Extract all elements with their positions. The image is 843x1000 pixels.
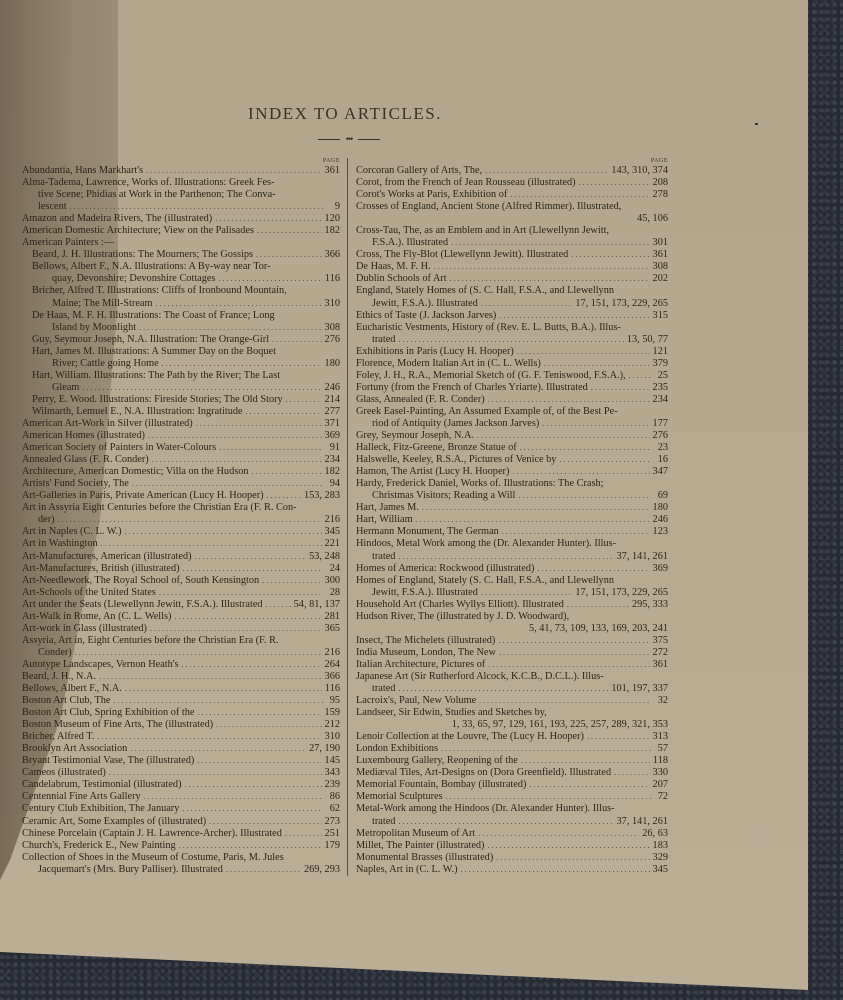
entry-title: Metropolitan Museum of Art (356, 828, 475, 840)
entry-line: Conder)216 (22, 647, 340, 659)
entry-line: riod of Antiquity (James Jackson Jarves)… (356, 418, 668, 430)
dot-leader (485, 165, 608, 177)
entry-title: Bricher, Alfred T. (22, 731, 94, 743)
entry-line: Lacroix's, Paul, New Volume32 (356, 695, 668, 707)
entry-title: Art under the Seats (Llewellynn Jewitt, … (22, 599, 263, 611)
entry-line: Art-Galleries in Paris, Private American… (22, 490, 340, 502)
dot-leader (477, 430, 650, 442)
entry-line: trated37, 141, 261 (356, 551, 668, 563)
entry-line: Brooklyn Art Association27, 190 (22, 743, 340, 755)
index-entry: Luxembourg Gallery, Reopening of the118 (356, 755, 668, 767)
entry-page-number: 235 (653, 382, 668, 394)
entry-page-number: 27, 190 (309, 743, 340, 755)
entry-title: India Museum, London, The New (356, 647, 496, 659)
entry-page-number: 57 (654, 743, 668, 755)
entry-title: Art in Naples (C. L. W.) (22, 526, 122, 538)
entry-title: Boston Museum of Fine Arts, The (illustr… (22, 719, 213, 731)
entry-line: 5, 41, 73, 109, 133, 169, 203, 241 (356, 623, 668, 635)
entry-line: Metropolitan Museum of Art26, 63 (356, 828, 668, 840)
entry-page-number: 216 (325, 647, 340, 659)
column-divider (347, 158, 348, 876)
entry-title: Hamon, The Artist (Lucy H. Hooper) (356, 466, 509, 478)
entry-title: De Haas, M. F. H. Illustrations: The Coa… (32, 310, 275, 322)
entry-title: Dublin Schools of Art (356, 273, 447, 285)
entry-line: Cross, The Fly-Blot (Llewellynn Jewitt).… (356, 249, 668, 261)
entry-page-number: 180 (653, 502, 668, 514)
dot-leader (174, 611, 321, 623)
entry-line: Household Art (Charles Wyllys Elliott). … (356, 599, 668, 611)
dot-leader (434, 261, 650, 273)
index-entry: Glass, Annealed (F. R. Conder)234 (356, 394, 668, 406)
index-entry: Hart, James M. Illustrations: A Summer D… (22, 346, 340, 370)
index-entry: Bricher, Alfred T.310 (22, 731, 340, 743)
entry-title: Art-Manufactures, American (illustrated) (22, 551, 192, 563)
entry-title: Lacroix's, Paul, New Volume (356, 695, 476, 707)
entry-page-number: 159 (325, 707, 340, 719)
entry-title: trated (372, 551, 395, 563)
entry-page-number: 308 (325, 322, 340, 334)
dot-leader (257, 225, 322, 237)
entry-line: Art in Assyria Eight Centuries before th… (22, 502, 340, 514)
dot-leader (488, 394, 650, 406)
index-entry: Lacroix's, Paul, New Volume32 (356, 695, 668, 707)
entry-title: Assyria, Art in, Eight Centuries before … (22, 635, 279, 647)
entry-title: Century Club Exhibition, The January (22, 803, 179, 815)
dot-leader (591, 382, 650, 394)
dot-leader (219, 442, 323, 454)
entry-line: De Haas, M. F. H.308 (356, 261, 668, 273)
entry-title: Art in Assyria Eight Centuries before th… (22, 502, 297, 514)
entry-page-number: 281 (325, 611, 340, 623)
entry-title: Hart, James M. Illustrations: A Summer D… (32, 346, 276, 358)
index-entry: Florence, Modern Italian Art in (C. L. W… (356, 358, 668, 370)
index-entry: Fortuny (from the French of Charles Yria… (356, 382, 668, 394)
entry-page-number: 239 (325, 779, 340, 791)
dot-leader (125, 526, 322, 538)
entry-line: Boston Art Club, Spring Exhibition of th… (22, 707, 340, 719)
entry-page-number: 369 (325, 430, 340, 442)
entry-title: Autotype Landscapes, Vernon Heath's (22, 659, 179, 671)
dot-leader (398, 683, 608, 695)
dot-leader (99, 671, 321, 683)
dot-leader (155, 298, 321, 310)
entry-page-number: 371 (325, 418, 340, 430)
entry-title: Collection of Shoes in the Museum of Cos… (22, 852, 284, 864)
index-entry: Annealed Glass (F. R. Conder)234 (22, 454, 340, 466)
index-entry: Italian Architecture, Pictures of361 (356, 659, 668, 671)
index-entry: Wilmarth, Lemuel E., N.A. Illustration: … (22, 406, 340, 418)
entry-page-number: 17, 151, 173, 229, 265 (575, 587, 668, 599)
entry-line: Homes of England, Stately (S. C. Hall, F… (356, 575, 668, 587)
entry-line: Wilmarth, Lemuel E., N.A. Illustration: … (22, 406, 340, 418)
entry-page-number: 13, 50, 77 (627, 334, 668, 346)
index-entry: Bricher, Alfred T. Illustrations: Cliffs… (22, 285, 340, 309)
entry-line: Alma-Tadema, Lawrence, Works of. Illustr… (22, 177, 340, 189)
entry-page-number: 276 (325, 334, 340, 346)
entry-line: Naples, Art in (C. L. W.)345 (356, 864, 668, 876)
index-entry: Architecture, American Domestic; Villa o… (22, 466, 340, 478)
entry-page-number: 145 (325, 755, 340, 767)
entry-page-number: 120 (325, 213, 340, 225)
entry-title: Homes of England, Stately (S. C. Hall, F… (356, 575, 614, 587)
entry-title: F.S.A.). Illustrated (372, 237, 448, 249)
index-entry: Art-Manufactures, British (illustrated)2… (22, 563, 340, 575)
index-entry: Art-Needlework, The Royal School of, Sou… (22, 575, 340, 587)
entry-line: Jewitt, F.S.A.). Illustrated17, 151, 173… (356, 587, 668, 599)
dot-leader (478, 828, 639, 840)
entry-line: trated101, 197, 337 (356, 683, 668, 695)
entry-title: Artists' Fund Society, The (22, 478, 129, 490)
entry-page-number: 361 (325, 165, 340, 177)
entry-line: Halleck, Fitz-Greene, Bronze Statue of23 (356, 442, 668, 454)
index-entry: Centennial Fine Arts Gallery86 (22, 791, 340, 803)
entry-title: Hart, William (356, 514, 413, 526)
entry-title: Hudson River, The (illustrated by J. D. … (356, 611, 569, 623)
entry-page-number: 182 (325, 466, 340, 478)
entry-line: Hart, James M.180 (356, 502, 668, 514)
dot-leader (218, 273, 321, 285)
entry-title: Metal-Work among the Hindoos (Dr. Alexan… (356, 803, 615, 815)
entry-line: Art-Manufactures, American (illustrated)… (22, 551, 340, 563)
dot-leader (285, 828, 322, 840)
entry-page-number: 95 (326, 695, 340, 707)
dot-leader (510, 189, 649, 201)
entry-page-number: 246 (653, 514, 668, 526)
index-entry: Perry, E. Wood. Illustrations: Fireside … (22, 394, 340, 406)
entry-title: trated (372, 334, 395, 346)
entry-page-number: 153, 283 (304, 490, 340, 502)
left-index-column: PAGE Abundantia, Hans Markhart's361Alma-… (22, 157, 340, 876)
entry-page-number: 278 (653, 189, 668, 201)
entry-page-number: 216 (325, 514, 340, 526)
entry-title: Corot's Works at Paris, Exhibition of (356, 189, 507, 201)
index-entry: American Society of Painters in Water-Co… (22, 442, 340, 454)
entry-title: Monumental Brasses (illustrated) (356, 852, 493, 864)
index-entry: Art-Galleries in Paris, Private American… (22, 490, 340, 502)
entry-line: Hardy, Frederick Daniel, Works of. Illus… (356, 478, 668, 490)
entry-title: Art-work in Glass (illustrated) (22, 623, 147, 635)
index-entry: Lenoir Collection at the Louvre, The (Lu… (356, 731, 668, 743)
dot-leader (517, 346, 650, 358)
entry-title: Eucharistic Vestments, History of (Rev. … (356, 322, 621, 334)
entry-line: Hart, James M. Illustrations: A Summer D… (22, 346, 340, 358)
dot-leader (162, 358, 322, 370)
entry-title: American Homes (illustrated) (22, 430, 145, 442)
index-entry: Dublin Schools of Art202 (356, 273, 668, 285)
index-entry: Hart, James M.180 (356, 502, 668, 514)
index-entry: Halleck, Fitz-Greene, Bronze Statue of23 (356, 442, 668, 454)
entry-page-number: 23 (654, 442, 668, 454)
entry-title: Guy, Seymour Joseph, N.A. Illustration: … (32, 334, 269, 346)
index-entry: American Painters :— (22, 237, 340, 249)
entry-page-number: 251 (325, 828, 340, 840)
entry-page-number: 234 (325, 454, 340, 466)
entry-title: Hart, James M. (356, 502, 419, 514)
entry-line: Metal-Work among the Hindoos (Dr. Alexan… (356, 803, 668, 815)
entry-page-number: 9 (326, 201, 340, 213)
entry-line: Art-Manufactures, British (illustrated)2… (22, 563, 340, 575)
entry-title: Bellows, Albert F., N.A. (22, 683, 122, 695)
dot-leader (499, 647, 650, 659)
index-entry: Japanese Art (Sir Rutherford Alcock, K.C… (356, 671, 668, 695)
entry-line: Artists' Fund Society, The94 (22, 478, 340, 490)
entry-line: Grey, Seymour Joseph, N.A.276 (356, 430, 668, 442)
entry-line: Dublin Schools of Art202 (356, 273, 668, 285)
entry-page-number: 347 (653, 466, 668, 478)
dot-leader (195, 551, 307, 563)
entry-page-number: 101, 197, 337 (611, 683, 668, 695)
entry-page-number: 116 (325, 273, 340, 285)
index-entry: Corot's Works at Paris, Exhibition of278 (356, 189, 668, 201)
entry-page-number: 300 (325, 575, 340, 587)
dot-leader (520, 442, 651, 454)
index-entry: Memorial Sculptures72 (356, 791, 668, 803)
entry-title: Island by Moonlight (52, 322, 136, 334)
entry-page-number: 177 (653, 418, 668, 430)
index-entry: Art-work in Glass (illustrated)365 (22, 623, 340, 635)
dot-leader (398, 816, 613, 828)
index-entry: Collection of Shoes in the Museum of Cos… (22, 852, 340, 876)
entry-line: Amazon and Madeira Rivers, The (illustra… (22, 213, 340, 225)
index-entry: Hamon, The Artist (Lucy H. Hooper)347 (356, 466, 668, 478)
index-entry: Metropolitan Museum of Art26, 63 (356, 828, 668, 840)
entry-page-number: 94 (326, 478, 340, 490)
dot-leader (216, 719, 321, 731)
entry-title: England, Stately Homes of (S. C. Hall, F… (356, 285, 614, 297)
entry-line: Memorial Sculptures72 (356, 791, 668, 803)
entry-line: Florence, Modern Italian Art in (C. L. W… (356, 358, 668, 370)
dot-leader (58, 514, 322, 526)
entry-line: Hindoos, Metal Work among the (Dr. Alexa… (356, 538, 668, 550)
entry-line: Jacquemart's (Mrs. Bury Palliser). Illus… (22, 864, 340, 876)
entry-page-number: 212 (325, 719, 340, 731)
index-entry: Century Club Exhibition, The January62 (22, 803, 340, 815)
index-entry: Grey, Seymour Joseph, N.A.276 (356, 430, 668, 442)
dot-leader (502, 526, 650, 538)
entry-title: Glass, Annealed (F. R. Conder) (356, 394, 485, 406)
dot-leader (209, 816, 321, 828)
entry-title: Maine; The Mill-Stream (52, 298, 152, 310)
entry-line: Century Club Exhibition, The January62 (22, 803, 340, 815)
entry-page-number: 143, 310, 374 (611, 165, 668, 177)
entry-line: Island by Moonlight308 (22, 322, 340, 334)
index-entry: American Art-Work in Silver (illustrated… (22, 418, 340, 430)
entry-title: Fortuny (from the French of Charles Yria… (356, 382, 588, 394)
entry-page-number: 183 (653, 840, 668, 852)
dot-leader (152, 454, 322, 466)
index-entry: Hardy, Frederick Daniel, Works of. Illus… (356, 478, 668, 502)
entry-page-number: 123 (653, 526, 668, 538)
entry-title: riod of Antiquity (James Jackson Jarves) (372, 418, 539, 430)
index-entry: Art-Manufactures, American (illustrated)… (22, 551, 340, 563)
ornament-rule-left (318, 139, 340, 140)
entry-title: Hart, William. Illustrations: The Path b… (32, 370, 280, 382)
index-entry: Household Art (Charles Wyllys Elliott). … (356, 599, 668, 611)
entry-title: Bellows, Albert F., N.A. Illustrations: … (32, 261, 271, 273)
entry-page-number: 69 (654, 490, 668, 502)
dot-leader (537, 563, 649, 575)
entry-page-number: 16 (654, 454, 668, 466)
index-entry: Cameos (illustrated)343 (22, 767, 340, 779)
entry-line: River; Cattle going Home180 (22, 358, 340, 370)
entry-title: Art-Walk in Rome, An (C. L. Wells) (22, 611, 171, 623)
entry-line: Hart, William. Illustrations: The Path b… (22, 370, 340, 382)
entry-line: Insect, The Michelets (illustrated)375 (356, 635, 668, 647)
index-entry: Boston Art Club, The95 (22, 695, 340, 707)
index-entry: Hart, William. Illustrations: The Path b… (22, 370, 340, 394)
dot-leader (82, 382, 321, 394)
entry-title: Gleam (52, 382, 79, 394)
entry-page-number: 45, 106 (637, 213, 668, 225)
entry-page-number: 365 (325, 623, 340, 635)
entry-line: Millet, The Painter (illustrated)183 (356, 840, 668, 852)
entry-page-number: 207 (653, 779, 668, 791)
entry-line: 45, 106 (356, 213, 668, 225)
entry-page-number: 37, 141, 261 (617, 816, 668, 828)
entry-title: Art-Needlework, The Royal School of, Sou… (22, 575, 259, 587)
entry-title: Exhibitions in Paris (Lucy H. Hooper) (356, 346, 514, 358)
dot-leader (183, 563, 323, 575)
entry-page-number: 301 (653, 237, 668, 249)
index-entry: England, Stately Homes of (S. C. Hall, F… (356, 285, 668, 309)
entry-line: Art-Needlework, The Royal School of, Sou… (22, 575, 340, 587)
entry-line: Guy, Seymour Joseph, N.A. Illustration: … (22, 334, 340, 346)
entry-title: trated (372, 816, 395, 828)
entry-page-number: 116 (325, 683, 340, 695)
title-ornament: ••• (318, 134, 380, 144)
entry-line: Greek Easel-Painting, An Assumed Example… (356, 406, 668, 418)
page-column-header: PAGE (356, 157, 668, 165)
entry-title: River; Cattle going Home (52, 358, 159, 370)
entry-title: Beard, J. H., N.A. (22, 671, 96, 683)
entry-title: Abundantia, Hans Markhart's (22, 165, 143, 177)
entry-page-number: 62 (326, 803, 340, 815)
entry-page-number: 182 (325, 225, 340, 237)
ornament-rule-right (358, 139, 380, 140)
dot-leader (70, 201, 323, 213)
entry-page-number: 308 (653, 261, 668, 273)
index-entry: Naples, Art in (C. L. W.)345 (356, 864, 668, 876)
entry-page-number: 24 (326, 563, 340, 575)
index-entry: Ceramic Art, Some Examples of (illustrat… (22, 816, 340, 828)
index-entry: Homes of America: Rockwood (illustrated)… (356, 563, 668, 575)
dot-leader (246, 406, 322, 418)
entry-line: lescent9 (22, 201, 340, 213)
entry-title: Art-Schools of the United States (22, 587, 156, 599)
entry-page-number: 180 (325, 358, 340, 370)
entry-title: Art-Galleries in Paris, Private American… (22, 490, 264, 502)
entry-page-number: 295, 333 (632, 599, 668, 611)
dot-leader (416, 514, 650, 526)
index-entry: Boston Art Club, Spring Exhibition of th… (22, 707, 340, 719)
entry-title: Mediæval Tiles, Art-Designs on (Dora Gre… (356, 767, 611, 779)
index-page: INDEX TO ARTICLES. ••• PAGE Abundantia, … (0, 0, 808, 1000)
entry-page-number: 361 (653, 659, 668, 671)
entry-line: trated13, 50, 77 (356, 334, 668, 346)
dot-leader (451, 237, 649, 249)
dot-leader (488, 659, 649, 671)
dot-leader (266, 599, 291, 611)
dot-leader (75, 647, 322, 659)
entry-line: 1, 33, 65, 97, 129, 161, 193, 225, 257, … (356, 719, 668, 731)
dot-leader (544, 358, 650, 370)
entry-title: Insect, The Michelets (illustrated) (356, 635, 495, 647)
entry-line: Ethics of Taste (J. Jackson Jarves)315 (356, 310, 668, 322)
entry-page-number: 25 (654, 370, 668, 382)
entry-line: Perry, E. Wood. Illustrations: Fireside … (22, 394, 340, 406)
entry-line: Bricher, Alfred T.310 (22, 731, 340, 743)
dot-leader (179, 840, 322, 852)
entry-line: Art-Schools of the United States28 (22, 587, 340, 599)
entry-page-number: 329 (653, 852, 668, 864)
dot-leader (130, 743, 306, 755)
entry-line: Beard, J. H., N.A.366 (22, 671, 340, 683)
dot-leader (422, 502, 650, 514)
entry-title: Lenoir Collection at the Louvre, The (Lu… (356, 731, 584, 743)
entry-page-number: 214 (325, 394, 340, 406)
entry-line: Cameos (illustrated)343 (22, 767, 340, 779)
entry-title: Alma-Tadema, Lawrence, Works of. Illustr… (22, 177, 274, 189)
entry-page-number: 345 (325, 526, 340, 538)
dot-leader (496, 852, 649, 864)
entry-title: Cross-Tau, The, as an Emblem and in Art … (356, 225, 609, 237)
entry-page-number: 375 (653, 635, 668, 647)
dot-leader (113, 695, 323, 707)
entry-line: Abundantia, Hans Markhart's361 (22, 165, 340, 177)
index-entry: Crosses of England, Ancient Stone (Alfre… (356, 201, 668, 225)
dot-leader (512, 466, 649, 478)
index-entry: Boston Museum of Fine Arts, The (illustr… (22, 719, 340, 731)
dot-leader (148, 430, 322, 442)
index-entry: Bellows, Albert F., N.A. Illustrations: … (22, 261, 340, 285)
entry-page-number: 121 (653, 346, 668, 358)
entry-line: Foley, J. H., R.A., Memorial Sketch of (… (356, 370, 668, 382)
entry-page-number: 202 (653, 273, 668, 285)
index-entry: Ethics of Taste (J. Jackson Jarves)315 (356, 310, 668, 322)
index-entry: Candelabrum, Testimonial (illustrated)23… (22, 779, 340, 791)
entry-page-number: 26, 63 (642, 828, 668, 840)
entry-line: American Society of Painters in Water-Co… (22, 442, 340, 454)
index-entry: Art under the Seats (Llewellynn Jewitt, … (22, 599, 340, 611)
entry-page-number: 264 (325, 659, 340, 671)
dot-leader (529, 779, 649, 791)
entry-line: Corot's Works at Paris, Exhibition of278 (356, 189, 668, 201)
entry-title: Greek Easel-Painting, An Assumed Example… (356, 406, 618, 418)
index-entry: Millet, The Painter (illustrated)183 (356, 840, 668, 852)
index-entry: Chinese Porcelain (Captain J. H. Lawrenc… (22, 828, 340, 840)
dot-leader (185, 779, 322, 791)
entry-title: Ethics of Taste (J. Jackson Jarves) (356, 310, 496, 322)
index-entry: Hermann Monument, The German123 (356, 526, 668, 538)
entry-page-number: 179 (325, 840, 340, 852)
dot-leader (498, 635, 649, 647)
entry-title: Brooklyn Art Association (22, 743, 127, 755)
entry-title: Architecture, American Domestic; Villa o… (22, 466, 249, 478)
dot-leader (97, 731, 321, 743)
entry-line: Maine; The Mill-Stream310 (22, 298, 340, 310)
index-entry: Abundantia, Hans Markhart's361 (22, 165, 340, 177)
entry-title: American Painters :— (22, 237, 114, 249)
dot-leader (571, 249, 649, 261)
entry-line: Autotype Landscapes, Vernon Heath's264 (22, 659, 340, 671)
entry-title: American Art-Work in Silver (illustrated… (22, 418, 193, 430)
entry-line: Assyria, Art in, Eight Centuries before … (22, 635, 340, 647)
dot-leader (481, 587, 572, 599)
dot-leader (132, 478, 323, 490)
entry-line: Halswelle, Keeley, R.S.A., Pictures of V… (356, 454, 668, 466)
entry-page-number: 313 (653, 731, 668, 743)
entry-line: trated37, 141, 261 (356, 816, 668, 828)
